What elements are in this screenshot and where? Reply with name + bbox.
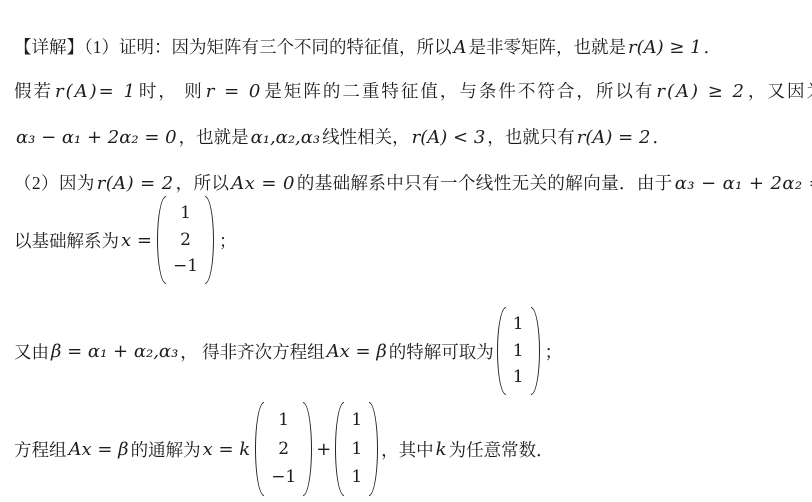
text-run: （2）因为 <box>14 173 95 193</box>
math-rank-eq-2: r(A) = 2 <box>97 173 174 194</box>
text-run: ． <box>652 127 670 147</box>
math-alpha-relation: α₃ − α₁ + 2α₂ = 0 <box>675 173 812 194</box>
math-rank-ge-2: r(A) ≥ 2 <box>656 81 746 102</box>
left-paren-icon <box>157 196 166 284</box>
math-alpha-relation: α₃ − α₁ + 2α₂ = 0 <box>16 127 177 148</box>
vector-entries: 1 2 −1 <box>264 402 303 496</box>
math-rank-eq-1: r(A)= 1 <box>55 81 137 102</box>
text-run: 时， 则 <box>139 81 204 101</box>
solution-document: 【详解】（1）证明：因为矩阵有三个不同的特征值，所以A是非零矩阵，也就是r(A)… <box>0 0 812 502</box>
right-paren-icon <box>531 307 540 395</box>
para-part2-intro: （2）因为r(A) = 2，所以Ax = 0的基础解系中只有一个线性无关的解向量… <box>14 170 812 197</box>
vector-entries: 1 1 1 <box>344 402 369 496</box>
vector-entry: 1 <box>271 406 296 435</box>
vector-entries: 1 1 1 <box>506 307 531 395</box>
vector-entry: −1 <box>271 463 296 492</box>
vector-entry: −1 <box>173 253 198 280</box>
vector-entry: 1 <box>351 435 362 464</box>
vector-entry: 1 <box>513 364 524 391</box>
text-run: 【详解】（1）证明：因为矩阵有三个不同的特征值，所以 <box>14 37 452 57</box>
text-run: ，也就只有 <box>487 127 575 147</box>
math-beta-def: β = α₁ + α₂,α₃ <box>51 341 178 362</box>
vector-entry: 1 <box>351 463 362 492</box>
math-ax-eq-beta: Ax = β <box>69 439 129 460</box>
eq-general-solution: 方程组Ax = β的通解为x = k 1 2 −1 + 1 1 1 ，其中k为任… <box>14 400 554 498</box>
math-var-A: A <box>454 37 467 58</box>
left-paren-icon <box>497 307 506 395</box>
text-run: 的特解可取为 <box>389 339 494 364</box>
right-paren-icon <box>303 402 312 496</box>
vector-entry: 1 <box>351 406 362 435</box>
vector-entries: 1 2 −1 <box>166 196 205 284</box>
vector-entry: 1 <box>513 338 524 365</box>
text-run: ． <box>704 37 722 57</box>
plus-operator: + <box>316 439 331 460</box>
text-run: 为任意常数． <box>449 437 554 462</box>
math-x-eq: x = <box>121 230 152 251</box>
column-vector-1-1-1: 1 1 1 <box>335 402 378 496</box>
right-paren-icon <box>205 196 214 284</box>
vector-entry: 1 <box>173 200 198 227</box>
text-run: 又由 <box>14 339 49 364</box>
text-run: 以基础解系为 <box>14 228 119 253</box>
math-r-eq-0: r = 0 <box>206 81 263 102</box>
text-run: 假若 <box>14 81 53 101</box>
text-run: ，又因为 <box>748 81 812 101</box>
right-paren-icon <box>369 402 378 496</box>
column-vector-1-2-neg1: 1 2 −1 <box>157 196 214 284</box>
vector-entry: 2 <box>173 227 198 254</box>
text-run: ，也就是 <box>179 127 249 147</box>
text-run: 是矩阵的二重特征值，与条件不符合，所以有 <box>264 81 654 101</box>
text-run: ，其中 <box>381 437 434 462</box>
math-ax-eq-0: Ax = 0 <box>231 173 295 194</box>
column-vector-1-1-1: 1 1 1 <box>497 307 540 395</box>
column-vector-1-2-neg1: 1 2 −1 <box>255 402 312 496</box>
text-run: 线性相关， <box>322 127 410 147</box>
math-var-k: k <box>436 439 447 460</box>
para-assume-rank1: 假若r(A)= 1时， 则r = 0是矩阵的二重特征值，与条件不符合，所以有r(… <box>14 78 812 105</box>
math-x-eq-k: x = k <box>203 439 251 460</box>
math-rank-ge-1: r(A) ≥ 1 <box>628 37 702 58</box>
text-run: 是非零矩阵，也就是 <box>469 37 627 57</box>
left-paren-icon <box>255 402 264 496</box>
vector-entry: 1 <box>513 311 524 338</box>
text-run: ，所以 <box>176 173 230 193</box>
eq-fundamental-solution: 以基础解系为x = 1 2 −1 ； <box>14 194 237 286</box>
text-run: ， 得非齐次方程组 <box>180 339 324 364</box>
math-ax-eq-beta: Ax = β <box>327 341 387 362</box>
para-linear-dependence: α₃ − α₁ + 2α₂ = 0，也就是α₁,α₂,α₃线性相关，r(A) <… <box>14 124 670 151</box>
text-run: 的通解为 <box>131 437 201 462</box>
math-rank-eq-2: r(A) = 2 <box>577 127 651 148</box>
math-rank-lt-3: r(A) < 3 <box>412 127 486 148</box>
vector-entry: 2 <box>271 435 296 464</box>
punct-semicolon: ； <box>219 228 237 253</box>
eq-particular-solution: 又由β = α₁ + α₂,α₃， 得非齐次方程组Ax = β的特解可取为 1 … <box>14 304 562 398</box>
punct-semicolon: ； <box>545 339 563 364</box>
para-proof-intro: 【详解】（1）证明：因为矩阵有三个不同的特征值，所以A是非零矩阵，也就是r(A)… <box>14 34 721 61</box>
text-run: 方程组 <box>14 437 67 462</box>
text-run: 的基础解系中只有一个线性无关的解向量．由于 <box>297 173 673 193</box>
math-alpha-list: α₁,α₂,α₃ <box>251 127 321 148</box>
left-paren-icon <box>335 402 344 496</box>
